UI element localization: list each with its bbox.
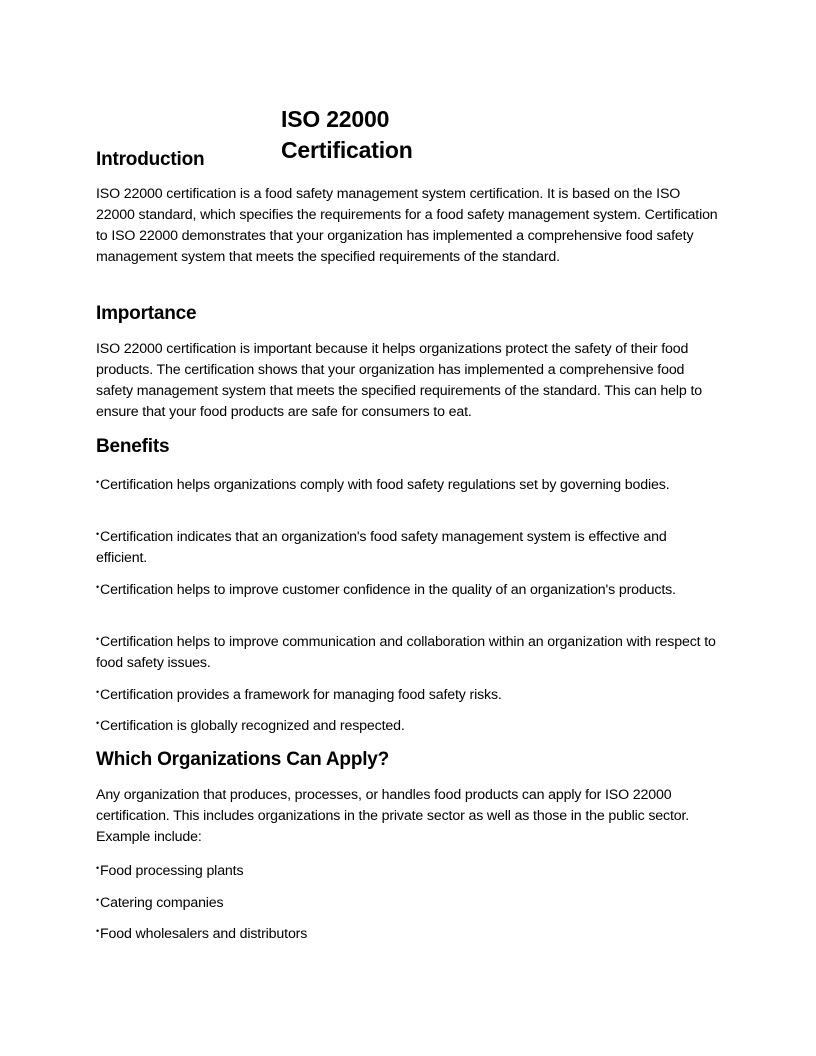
importance-paragraph: ISO 22000 certification is important bec… [96, 339, 718, 423]
benefit-item: •Certification provides a framework for … [96, 682, 718, 706]
bullet-icon: • [96, 718, 99, 728]
heading-importance: Importance [96, 302, 196, 326]
benefit-item: •Certification helps to improve customer… [96, 577, 718, 601]
heading-who-can-apply: Which Organizations Can Apply? [96, 748, 389, 772]
title-line-1: ISO 22000 [281, 104, 413, 135]
benefit-item: •Certification helps organizations compl… [96, 472, 718, 496]
bullet-icon: • [96, 477, 99, 487]
title-line-2: Certification [281, 135, 413, 166]
bullet-icon: • [96, 634, 99, 644]
who-can-apply-paragraph: Any organization that produces, processe… [96, 785, 718, 848]
bullet-icon: • [96, 863, 99, 873]
heading-benefits: Benefits [96, 435, 169, 459]
document-page: ISO 22000 Certification Introduction ISO… [0, 0, 816, 1056]
organization-example-item: •Food wholesalers and distributors [96, 921, 718, 945]
document-title: ISO 22000 Certification [281, 104, 413, 166]
organization-example-item: •Catering companies [96, 890, 718, 914]
benefit-item: •Certification indicates that an organiz… [96, 524, 718, 569]
bullet-icon: • [96, 687, 99, 697]
bullet-icon: • [96, 895, 99, 905]
introduction-paragraph: ISO 22000 certification is a food safety… [96, 184, 718, 268]
heading-introduction: Introduction [96, 148, 204, 172]
bullet-icon: • [96, 582, 99, 592]
bullet-icon: • [96, 529, 99, 539]
organization-example-item: •Food processing plants [96, 858, 718, 882]
benefit-item: •Certification is globally recognized an… [96, 713, 718, 737]
benefit-item: •Certification helps to improve communic… [96, 629, 718, 674]
bullet-icon: • [96, 926, 99, 936]
